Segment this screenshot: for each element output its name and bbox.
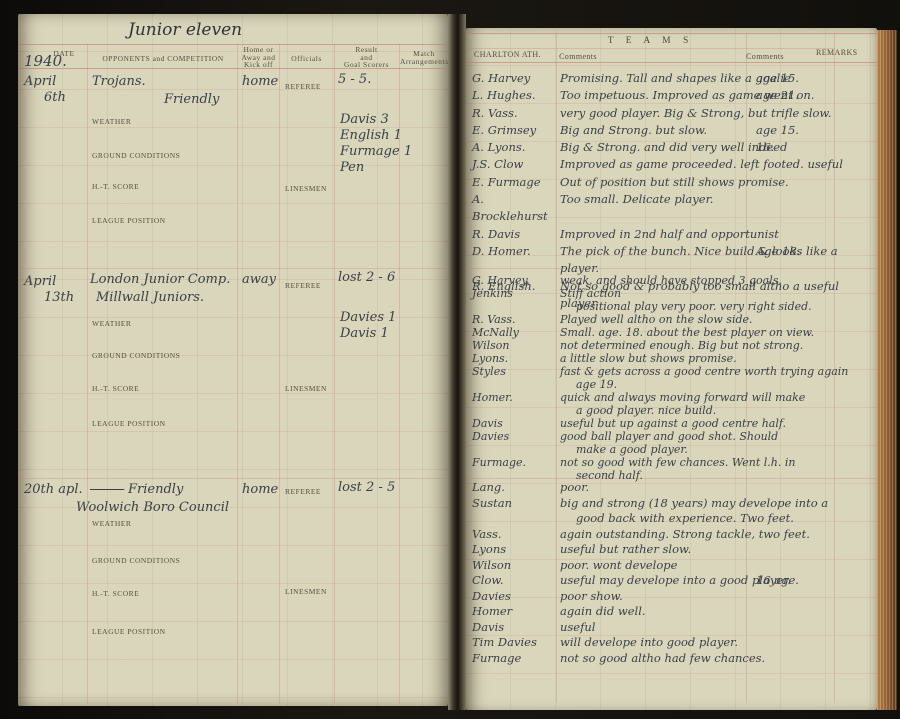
player-row: Wilson not determined enough. Big but no…: [466, 339, 877, 352]
match-entry-3: 20th apl. ———Friendly Woolwich Boro Coun…: [18, 478, 448, 706]
label-referee: REFEREE: [285, 282, 321, 290]
player-comment: Too impetuous. Improved as game went on.: [560, 87, 877, 104]
label-referee: REFEREE: [285, 83, 321, 91]
player-remark: 16 age.: [756, 573, 799, 589]
player-name: Wilson: [472, 339, 560, 352]
player-remark: age 21.: [756, 87, 799, 104]
player-row: Jenkins Stiff actionpositional play very…: [466, 287, 877, 313]
player-comment: Small. age. 18. about the best player on…: [560, 326, 877, 339]
player-name: Homer: [472, 604, 560, 620]
player-comment: not so good with few chances. Went l.h. …: [560, 456, 877, 482]
player-name: D. Homer.: [472, 243, 560, 260]
player-comment: Improved as game proceeded. left footed.…: [560, 156, 877, 173]
label-league-position: LEAGUE POSITION: [92, 217, 166, 225]
label-weather: WEATHER: [92, 520, 131, 528]
player-name: R. Vass.: [472, 105, 560, 122]
player-name: Davis: [472, 417, 560, 430]
match-date: April: [24, 274, 56, 289]
player-comment: weak. and should have stopped 3 goals.: [560, 274, 877, 287]
player-row: Sustan big and strong (18 years) may dev…: [466, 496, 877, 527]
player-comment: very good player. Big & Strong, but trif…: [560, 105, 877, 122]
player-name: Styles: [472, 365, 560, 378]
match-entry-1: April 6th Trojans. Friendly home 5 - 5. …: [18, 70, 448, 268]
label-referee: REFEREE: [285, 488, 321, 496]
player-name: Davies: [472, 589, 560, 605]
player-row: Clow. useful may develope into a good pl…: [466, 573, 877, 589]
label-linesmen: LINESMEN: [285, 185, 327, 193]
player-row: Furmage. not so good with few chances. W…: [466, 456, 877, 482]
player-name: Furmage.: [472, 456, 560, 469]
player-comment: useful but rather slow.: [560, 542, 877, 558]
player-row: L. Hughes. Too impetuous. Improved as ga…: [466, 87, 877, 104]
label-league-position: LEAGUE POSITION: [92, 628, 166, 636]
player-comment: again outstanding. Strong tackle, two fe…: [560, 527, 877, 543]
player-row: A. Lyons. Big & Strong. and did very wel…: [466, 139, 877, 156]
player-name: A. Lyons.: [472, 139, 560, 156]
player-row: R. Vass. Played well altho on the slow s…: [466, 313, 877, 326]
player-row: R. Vass. very good player. Big & Strong,…: [466, 105, 877, 122]
label-weather: WEATHER: [92, 118, 131, 126]
player-row: G. Harvey Promising. Tall and shapes lik…: [466, 70, 877, 87]
player-comment: useful: [560, 620, 877, 636]
player-comment: again did well.: [560, 604, 877, 620]
player-row: A. Brocklehurst Too small. Delicate play…: [466, 191, 877, 226]
player-comment: Big & Strong. and did very well indeed: [560, 139, 877, 156]
player-name: E. Grimsey: [472, 122, 560, 139]
player-comment: Improved in 2nd half and opportunist: [560, 226, 877, 243]
player-comment: quick and always moving forward will mak…: [560, 391, 877, 417]
match-date: April: [24, 74, 56, 89]
goal-scorer: Davis 3: [340, 112, 412, 128]
player-comment: will develope into good player.: [560, 635, 877, 651]
player-name: Wilson: [472, 558, 560, 574]
player-name: G. Harvey.: [472, 274, 560, 287]
comments-header-1: Comments: [526, 52, 630, 61]
player-row: McNally Small. age. 18. about the best p…: [466, 326, 877, 339]
col-header-match-arrangements: Match Arrangements: [400, 50, 448, 65]
player-comment: big and strong (18 years) may develope i…: [560, 496, 877, 527]
player-row: D. Homer. The pick of the bunch. Nice bu…: [466, 243, 877, 278]
player-comment: useful but up against a good centre half…: [560, 417, 877, 430]
match-date: 20th apl.: [24, 482, 83, 497]
label-ht-score: H.-T. SCORE: [92, 183, 139, 191]
player-comment: poor.: [560, 480, 877, 496]
header-rule-top: [18, 44, 448, 45]
player-name: McNally: [472, 326, 560, 339]
player-comment: poor show.: [560, 589, 877, 605]
player-row: R. Davis Improved in 2nd half and opport…: [466, 226, 877, 243]
competition-text: Friendly: [128, 482, 183, 497]
match-result: 5 - 5.: [338, 72, 371, 87]
player-name: Lang.: [472, 480, 560, 496]
player-name: Sustan: [472, 496, 560, 512]
goal-scorer: Furmage 1: [340, 144, 412, 160]
col-header-result: Result and Goal Scorers: [335, 46, 398, 69]
player-comment: poor. wont develope: [560, 558, 877, 574]
player-remark: Age 18.: [756, 243, 800, 260]
player-row: Davies poor show.: [466, 589, 877, 605]
player-name: Lyons: [472, 542, 560, 558]
right-page: T E A M S CHARLTON ATH. Comments Comment…: [466, 28, 877, 710]
player-comment: The pick of the bunch. Nice build & look…: [560, 243, 877, 278]
player-name: Furnage: [472, 651, 560, 667]
player-row: G. Harvey. weak. and should have stopped…: [466, 274, 877, 287]
player-comment: fast & gets across a good centre worth t…: [560, 365, 877, 391]
opponent-name: Woolwich Boro Council: [76, 500, 229, 515]
player-name: Jenkins: [472, 287, 560, 300]
header-rule-top: [466, 33, 877, 34]
col-header-date: DATE: [42, 50, 86, 58]
player-row: Lang. poor.: [466, 480, 877, 496]
col-header-home-away: Home or Away and Kick off: [238, 46, 279, 69]
page-edges: [877, 30, 897, 710]
label-weather: WEATHER: [92, 320, 131, 328]
goal-scorer: Pen: [340, 160, 412, 176]
player-name: J.S. Clow: [472, 156, 560, 173]
player-comment: useful may develope into a good player.: [560, 573, 877, 589]
header-rule-bottom: [466, 62, 877, 63]
player-name: E. Furmage: [472, 174, 560, 191]
opponent-name: Trojans.: [92, 74, 146, 89]
venue: home: [242, 482, 278, 497]
player-comment: Too small. Delicate player.: [560, 191, 877, 208]
page-title: Junior eleven: [128, 20, 242, 40]
goal-scorer: Davis 1: [340, 326, 396, 342]
player-row: Styles fast & gets across a good centre …: [466, 365, 877, 391]
player-name: Davis: [472, 620, 560, 636]
competition: London Junior Comp.: [90, 272, 230, 287]
goal-scorer: Davies 1: [340, 310, 396, 326]
player-row: Wilson poor. wont develope: [466, 558, 877, 574]
player-name: L. Hughes.: [472, 87, 560, 104]
player-row: Davis useful: [466, 620, 877, 636]
player-name: Tim Davies: [472, 635, 560, 651]
player-row: Homer again did well.: [466, 604, 877, 620]
label-ht-score: H.-T. SCORE: [92, 590, 139, 598]
player-comment: a little slow but shows promise.: [560, 352, 877, 365]
label-ground-conditions: GROUND CONDITIONS: [92, 152, 180, 160]
match-date-day: 6th: [44, 90, 66, 105]
player-name: Lyons.: [472, 352, 560, 365]
player-row: Davis useful but up against a good centr…: [466, 417, 877, 430]
col-header-officials: Officials: [280, 55, 333, 63]
player-comment: not determined enough. Big but not stron…: [560, 339, 877, 352]
goal-scorer: English 1: [340, 128, 412, 144]
player-comment: Stiff actionpositional play very poor. v…: [560, 287, 877, 313]
venue: home: [242, 74, 278, 89]
teams-header: T E A M S: [466, 36, 835, 46]
label-league-position: LEAGUE POSITION: [92, 420, 166, 428]
player-name: G. Harvey: [472, 70, 560, 87]
match-result: lost 2 - 5: [338, 480, 395, 495]
book-gutter: [448, 14, 466, 710]
player-name: Vass.: [472, 527, 560, 543]
match-result: lost 2 - 6: [338, 270, 395, 285]
ledger-book-spread: Junior eleven 1940. DATE OPPONENTS and C…: [0, 0, 900, 719]
player-comment: good ball player and good shot. Shouldma…: [560, 430, 877, 456]
player-row: J.S. Clow Improved as game proceeded. le…: [466, 156, 877, 173]
label-linesmen: LINESMEN: [285, 385, 327, 393]
player-row: Lyons useful but rather slow.: [466, 542, 877, 558]
team-sheet-3: Lang. poor. Sustan big and strong (18 ye…: [466, 480, 877, 666]
label-linesmen: LINESMEN: [285, 588, 327, 596]
player-comment: not so good altho had few chances.: [560, 651, 877, 667]
player-comment: Promising. Tall and shapes like a goalie: [560, 70, 877, 87]
label-ht-score: H.-T. SCORE: [92, 385, 139, 393]
match-date-day: 13th: [44, 290, 74, 305]
label-ground-conditions: GROUND CONDITIONS: [92, 557, 180, 565]
player-name: Homer.: [472, 391, 560, 404]
header-rule-mid: [466, 48, 835, 49]
player-row: Lyons. a little slow but shows promise.: [466, 352, 877, 365]
player-comment: Big and Strong. but slow.: [560, 122, 877, 139]
player-name: R. Vass.: [472, 313, 560, 326]
player-row: Tim Davies will develope into good playe…: [466, 635, 877, 651]
player-name: R. Davis: [472, 226, 560, 243]
venue: away: [242, 272, 276, 287]
player-remark: age 15.: [756, 122, 799, 139]
player-row: E. Grimsey Big and Strong. but slow. age…: [466, 122, 877, 139]
competition: ———Friendly: [90, 482, 183, 497]
competition: Friendly: [164, 92, 219, 107]
left-page: Junior eleven 1940. DATE OPPONENTS and C…: [18, 14, 448, 706]
label-ground-conditions: GROUND CONDITIONS: [92, 352, 180, 360]
player-comment: Out of position but still shows promise.: [560, 174, 877, 191]
player-remark: age 15.: [756, 70, 799, 87]
goal-scorers-list: Davis 3English 1Furmage 1 Pen: [340, 112, 412, 176]
player-remark: 16.: [756, 139, 774, 156]
player-comment: Played well altho on the slow side.: [560, 313, 877, 326]
player-row: E. Furmage Out of position but still sho…: [466, 174, 877, 191]
player-row: Davies good ball player and good shot. S…: [466, 430, 877, 456]
player-name: A. Brocklehurst: [472, 191, 560, 226]
goal-scorers-list: Davies 1Davis 1: [340, 310, 396, 342]
player-row: Homer. quick and always moving forward w…: [466, 391, 877, 417]
player-name: Davies: [472, 430, 560, 443]
remarks-header: REMARKS: [816, 48, 874, 57]
comments-header-2: Comments: [714, 52, 816, 61]
col-header-opponents: OPPONENTS and COMPETITION: [90, 55, 236, 63]
crossed-out-word: ———: [90, 482, 123, 497]
match-entry-2: April 13th London Junior Comp. Millwall …: [18, 268, 448, 478]
player-row: Furnage not so good altho had few chance…: [466, 651, 877, 667]
player-name: Clow.: [472, 573, 560, 589]
player-row: Vass. again outstanding. Strong tackle, …: [466, 527, 877, 543]
opponent-name: Millwall Juniors.: [96, 290, 204, 305]
team-sheet-2: G. Harvey. weak. and should have stopped…: [466, 274, 877, 482]
